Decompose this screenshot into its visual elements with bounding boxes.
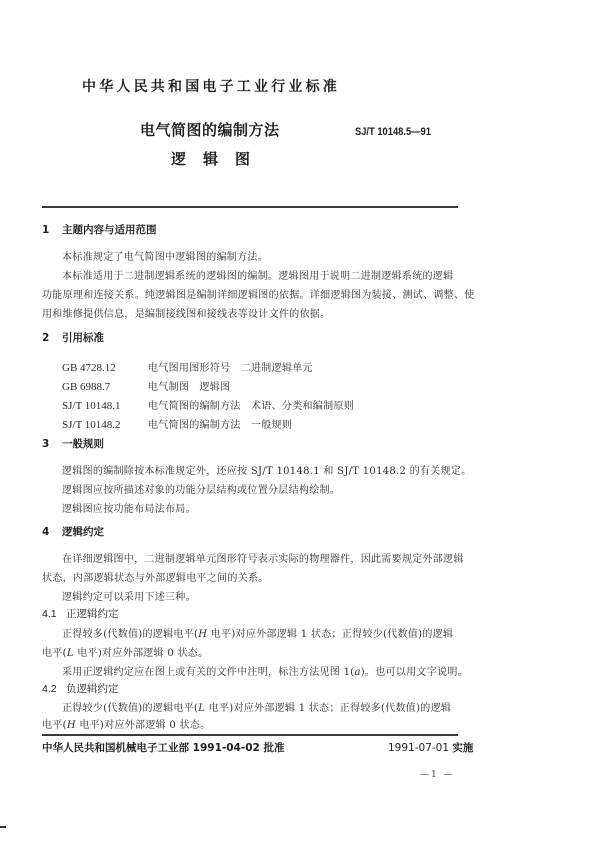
scan-edge-mark	[0, 826, 6, 828]
paragraph: 本标准适用于二进制逻辑系统的逻辑图的编制。逻辑图用于说明二进制逻辑系统的逻辑	[62, 267, 453, 282]
section-number: 1	[42, 224, 62, 236]
paragraph: 逻辑图应按所描述对象的功能分层结构或位置分层结构绘制。	[62, 481, 340, 496]
paragraph: 逻辑图的编制除按本标准规定外，还应按 SJ/T 10148.1 和 SJ/T 1…	[62, 462, 471, 477]
effective-label: 实施	[452, 742, 473, 754]
reference-code: SJ/T 10148.2	[62, 419, 148, 431]
paragraph: 正得较多(代数值)的逻辑电平(H 电平)对应外部逻辑 1 状态；正得较少(代数值…	[62, 625, 453, 640]
reference-code: GB 4728.12	[62, 362, 148, 374]
text-segment: 正得较多(代数值)的逻辑电平(	[62, 629, 198, 640]
text-segment: 电平(	[42, 648, 67, 659]
paragraph: 采用正逻辑约定应在图上或有关的文件中注明，标注方法见图 1(a)。也可以用文字说…	[62, 663, 468, 678]
reference-row: GB 4728.12电气图用图形符号 二进制逻辑单元	[62, 356, 313, 375]
header-divider	[42, 206, 458, 208]
document-subtitle: 逻辑图	[171, 148, 267, 169]
subsection-title: 正逻辑约定	[66, 608, 119, 620]
issuing-organization: 中华人民共和国电子工业行业标准	[82, 76, 340, 96]
paragraph: 电平(H 电平)对应外部逻辑 0 状态。	[42, 716, 210, 731]
text-segment: )。也可以用文字说明。	[361, 667, 468, 678]
effective-date: 1991-07-01	[388, 742, 449, 754]
section-title: 引用标准	[62, 332, 104, 344]
paragraph: 正得较少(代数值)的逻辑电平(L 电平)对应外部逻辑 1 状态；正得较多(代数值…	[62, 699, 451, 714]
reference-row: SJ/T 10148.1电气简图的编制方法 术语、分类和编制原则	[62, 394, 354, 413]
section-title: 一般规则	[62, 438, 104, 450]
reference-code: GB 6988.7	[62, 381, 148, 393]
section-title: 逻辑约定	[62, 526, 104, 538]
page-number: —1 —	[420, 770, 455, 780]
paragraph: 电平(L 电平)对应外部逻辑 0 状态。	[42, 644, 208, 659]
subsection-number: 4.1	[42, 608, 66, 620]
document-title: 电气简图的编制方法	[140, 119, 280, 140]
section-number: 4	[42, 526, 62, 538]
effective-line: 1991-07-01 实施	[388, 740, 473, 755]
text-segment: 正得较少(代数值)的逻辑电平(	[62, 703, 198, 714]
variable: H	[67, 720, 76, 731]
paragraph: 状态，内部逻辑状态与外部逻辑电平之间的关系。	[42, 569, 269, 584]
section-title: 主题内容与适用范围	[62, 224, 157, 236]
reference-title: 电气简图的编制方法 一般规则	[148, 420, 292, 431]
subsection-title: 负逻辑约定	[66, 683, 119, 695]
reference-title: 电气图用图形符号 二进制逻辑单元	[148, 363, 313, 374]
subsection-4-2-heading: 4.2负逻辑约定	[42, 681, 119, 696]
paragraph: 功能原理和连接关系。纯逻辑图是编制详细逻辑图的依据。详细逻辑图为装接、测试、调整…	[42, 286, 475, 301]
paragraph: 用和维修提供信息，是编制接线图和接线表等设计文件的依据。	[42, 305, 330, 320]
footer-divider	[42, 734, 458, 736]
variable: H	[198, 629, 207, 640]
subsection-number: 4.2	[42, 683, 66, 695]
section-1-heading: 1主题内容与适用范围	[42, 222, 157, 237]
paragraph: 在详细逻辑图中，二进制逻辑单元图形符号表示实际的物理器件，因此需要规定外部逻辑	[62, 550, 464, 565]
reference-row: GB 6988.7电气制图 逻辑图	[62, 375, 230, 394]
subsection-4-1-heading: 4.1正逻辑约定	[42, 606, 119, 621]
reference-title: 电气制图 逻辑图	[148, 382, 230, 393]
text-segment: 电平)对应外部逻辑 0 状态。	[74, 648, 209, 659]
paragraph: 逻辑图应按功能布局法布局。	[62, 500, 196, 515]
section-4-heading: 4逻辑约定	[42, 524, 104, 539]
text-segment: 采用正逻辑约定应在图上或有关的文件中注明，标注方法见图 1(	[62, 667, 354, 678]
section-number: 3	[42, 438, 62, 450]
standard-code: SJ/T 10148.5—91	[355, 126, 431, 138]
paragraph: 本标准规定了电气简图中逻辑图的编制方法。	[62, 248, 268, 263]
section-3-heading: 3一般规则	[42, 436, 104, 451]
reference-row: SJ/T 10148.2电气简图的编制方法 一般规则	[62, 413, 292, 432]
reference-code: SJ/T 10148.1	[62, 400, 148, 412]
approval-line: 中华人民共和国机械电子工业部 1991-04-02 批准	[42, 740, 284, 755]
section-number: 2	[42, 332, 62, 344]
text-segment: 电平)对应外部逻辑 1 状态；正得较多(代数值)的逻辑	[205, 703, 451, 714]
section-2-heading: 2引用标准	[42, 330, 104, 345]
text-segment: 电平(	[42, 720, 67, 731]
paragraph: 逻辑约定可以采用下述三种。	[62, 588, 196, 603]
text-segment: 电平)对应外部逻辑 0 状态。	[76, 720, 211, 731]
text-segment: 电平)对应外部逻辑 1 状态；正得较少(代数值)的逻辑	[207, 629, 453, 640]
variable: L	[67, 648, 74, 659]
reference-title: 电气简图的编制方法 术语、分类和编制原则	[148, 401, 354, 412]
